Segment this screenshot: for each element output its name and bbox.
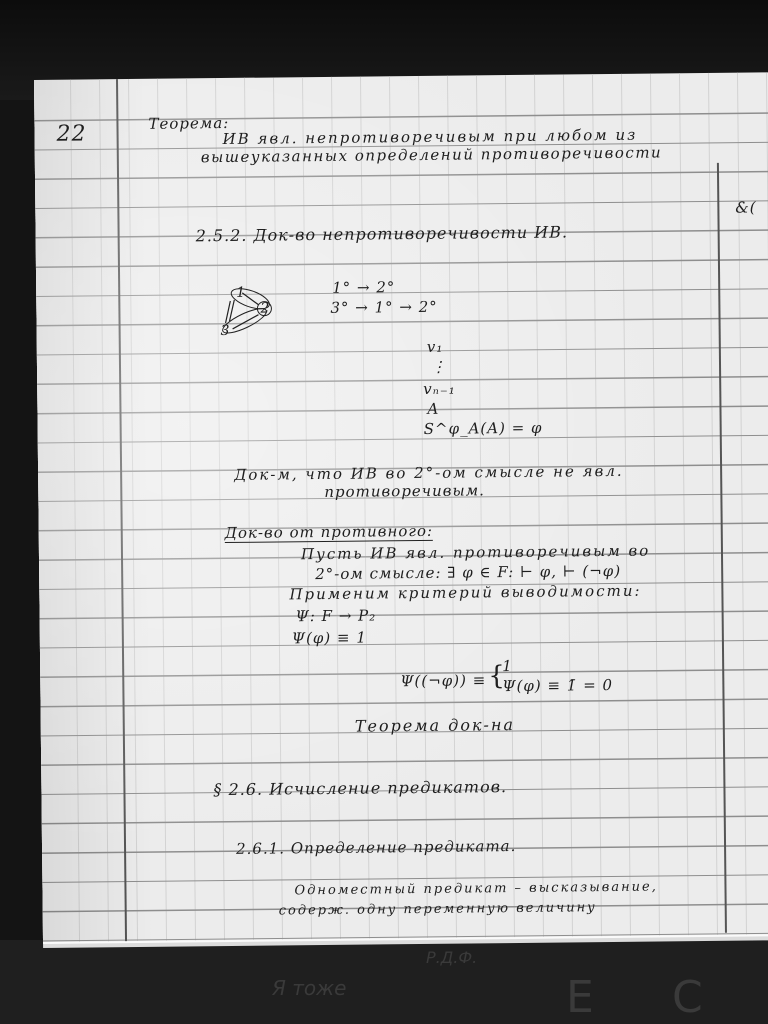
implication-line: 3° → 1° → 2° [330,298,438,317]
formula-case-top: 1 [502,657,513,675]
left-margin-line [116,79,127,941]
contradiction-heading: Док-во от противного: [225,522,433,543]
derivation-result: S^φ_A(A) = φ [424,419,543,438]
desk-scribble: Р.Д.Ф. [426,948,477,967]
page-number: 22 [56,121,86,146]
formula-case-bottom: Ψ(φ) ≡ 1̄ = 0 [502,676,613,695]
desk-scribble: E [566,972,594,1023]
formula-main-lhs: Ψ((¬φ)) ≡ [400,671,486,690]
derivation-step: A [427,400,439,418]
contradiction-line: Применим критерий выводимости: [289,582,641,604]
definition-line: содерж. одну переменную величину [279,900,597,918]
theorem-heading: Теорема: [148,114,229,133]
definition-line: Одноместный предикат – высказывание, [294,880,657,899]
desk-surface: Я тоже Р.Д.Ф. E C [0,940,768,1024]
claim-line: Док-м, что ИВ во 2°-ом смысле не явл. [234,462,624,484]
right-margin-fragment: &( [735,198,756,216]
derivation-dots: ⋮ [431,358,447,376]
section-heading-2-6: § 2.6. Исчисление предикатов. [213,777,507,799]
theorem-line: вышеуказанных определений противоречивос… [201,143,663,166]
right-margin-line [717,163,727,933]
desk-scribble: C [672,972,703,1023]
desk-scribble: Я тоже [272,976,346,1000]
derivation-step: v₁ [427,338,444,356]
claim-line: противоречивым. [324,481,485,501]
notebook-page: 22 Теорема: ИВ явл. непротиворечивым при… [34,72,768,942]
theorem-proved: Теорема док-на [355,715,515,736]
derivation-step: vₙ₋₁ [423,380,456,398]
formula-mapping: Ψ: F → P₂ [296,606,377,625]
formula-identity: Ψ(φ) ≡ 1 [292,629,367,648]
contradiction-line: 2°-ом смысле: ∃ φ ∈ F: ⊢ φ, ⊢ (¬φ) [315,562,621,583]
implication-line: 1° → 2° [332,278,395,297]
section-heading-2-6-1: 2.6.1. Определение предиката. [236,837,516,858]
diagram-node-1: 1 [236,285,245,301]
section-heading-2-5-2: 2.5.2. Док-во непротиворечивости ИВ. [196,222,569,245]
implication-diagram: 1 2 3 [212,272,283,343]
contradiction-line: Пусть ИВ явл. противоречивым во [301,542,650,564]
